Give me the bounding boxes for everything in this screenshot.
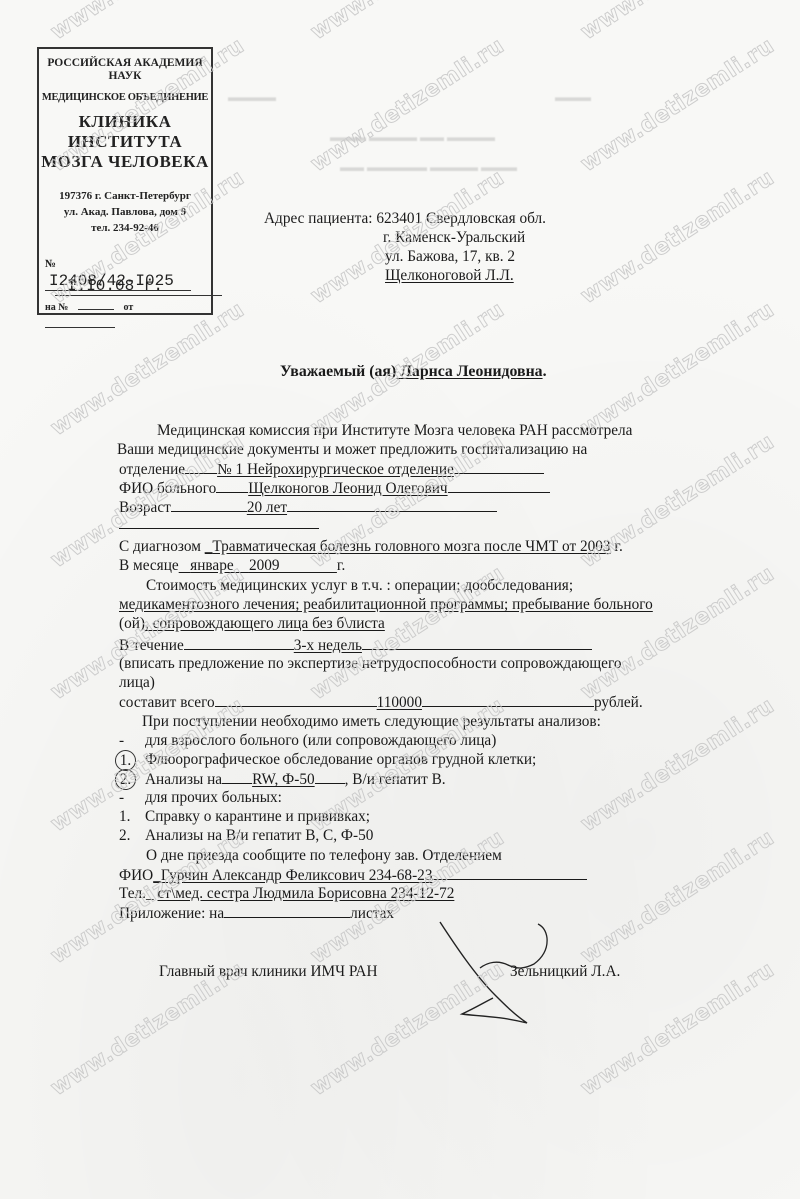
recipient-address: Адрес пациента: 623401 Свердловская обл.: [264, 209, 546, 228]
stamp-line: ИНСТИТУТА: [39, 132, 211, 152]
bleed-through-text: ▬▬▬: [555, 90, 591, 105]
department-value: № 1 Нейрохирургическое отделение: [217, 461, 454, 478]
other-label: для прочих больных:: [145, 788, 282, 807]
tests-value: RW, Ф-50: [252, 771, 315, 788]
diagnosis-value: Травматическая болезнь головного мозга п…: [212, 538, 610, 555]
ref-from-label: от: [124, 302, 134, 313]
bleed-through-text: ▬▬▬ ▬▬▬▬ ▬▬ ▬▬▬▬: [330, 130, 495, 145]
duration-label: В течение: [119, 637, 184, 654]
other-header: - для прочих больных:: [119, 788, 124, 807]
recipient-name: Щелконоговой Л.Л.: [385, 266, 514, 285]
stamp-address: 197376 г. Санкт-Петербург ул. Акад. Павл…: [39, 188, 211, 236]
phone-row: Тел._ ст\мед. сестра Людмила Борисовна 2…: [119, 884, 454, 903]
cost-line-2: медикаментозного лечения; реабилитационн…: [119, 595, 653, 614]
month-value: январе: [190, 557, 233, 574]
note-line-2: лица): [119, 673, 155, 692]
total-value: 110000: [377, 694, 422, 711]
department-label: отделение: [119, 461, 185, 478]
adult-item-2: 2. Анализы наRW, Ф-50, В/и гепатит В.: [119, 769, 136, 790]
department-row: отделение№ 1 Нейрохирургическое отделени…: [119, 459, 544, 479]
item-number: 1.: [119, 808, 130, 825]
intro-line-1: Медицинская комиссия при Институте Мозга…: [157, 421, 632, 440]
stamp-line: 197376 г. Санкт-Петербург: [39, 188, 211, 204]
handwritten-signature: [430, 920, 570, 1030]
diagnosis-label: С диагнозом: [119, 538, 201, 555]
stamp-clinic-name: КЛИНИКА ИНСТИТУТА МОЗГА ЧЕЛОВЕКА: [39, 112, 211, 172]
address-label: Адрес пациента:: [264, 210, 373, 227]
head-label: ФИО: [119, 867, 153, 884]
number-label: №: [45, 258, 56, 270]
address-line: 623401 Свердловская обл.: [376, 210, 546, 227]
other-item-text: Анализы на В/и гепатит В, С, Ф-50: [145, 826, 373, 845]
other-item-2: 2. Анализы на В/и гепатит В, С, Ф-50: [119, 826, 130, 845]
tests-intro: При поступлении необходимо иметь следующ…: [142, 712, 601, 731]
bleed-through-text: ▬▬▬▬: [228, 90, 276, 105]
stamp-line: ул. Акад. Павлова, дом 9: [39, 204, 211, 220]
duration-value: 3-х недель: [294, 637, 362, 654]
attachment-label: Приложение: на: [119, 905, 224, 922]
stamp-line: тел. 234-92-46: [39, 220, 211, 236]
circled-number: 1.: [115, 750, 136, 771]
adult-item-1: 1. Флюорографическое обследование органо…: [119, 750, 136, 771]
stamp-academy: РОССИЙСКАЯ АКАДЕМИЯ НАУК: [39, 57, 211, 83]
total-row: составит всего110000рублей.: [119, 692, 643, 712]
stamp-line: НАУК: [39, 70, 211, 83]
patient-label: ФИО больного: [119, 480, 216, 497]
cost-prefix: (ой): [119, 615, 145, 632]
attachment-row: Приложение: налистах: [119, 903, 394, 923]
other-item-text: Справку о карантине и прививках;: [145, 807, 370, 826]
month-row: В месяце январе 2009 г.: [119, 556, 345, 575]
diagnosis-suffix: г.: [614, 538, 622, 555]
bleed-through-text: ▬▬ ▬▬▬▬▬ ▬▬▬▬ ▬▬▬: [340, 160, 517, 175]
tests-label: Анализы на: [145, 771, 222, 788]
cost-line-3: (ой), сопровождающего лица без б\листа: [119, 614, 385, 633]
ref-date-blank: [45, 327, 115, 328]
stamp-date-row: I.I0.08 г.: [45, 277, 205, 296]
circled-number: 2.: [115, 769, 136, 790]
patient-row: ФИО больногоЩелконогов Леонид Олегович: [119, 478, 550, 498]
stamp-line: КЛИНИКА: [39, 112, 211, 132]
separator-line: [119, 514, 319, 534]
head-value: Гурчин Александр Феликсович 234-68-23: [161, 867, 433, 884]
stamp-ref-row: на № от: [45, 297, 205, 333]
cost-line-1: Стоимость медицинских услуг в т.ч. : опе…: [146, 576, 573, 595]
ref-label: на №: [45, 302, 68, 313]
phone-value: ст\мед. сестра Людмила Борисовна 234-12-…: [158, 885, 455, 902]
diagnosis-row: С диагнозом _Травматическая болезнь голо…: [119, 537, 623, 556]
greeting-name: Ларнса Леонидовна: [400, 363, 542, 380]
item-number: 2.: [119, 827, 130, 844]
phone-label: Тел.: [119, 885, 146, 902]
duration-row: В течение3-х недель: [119, 635, 592, 655]
greeting: Уважаемый (ая) Ларнса Леонидовна.: [280, 362, 547, 381]
year-suffix: г.: [337, 557, 345, 574]
adult-item-text: Флюорографическое обследование органов г…: [145, 750, 536, 769]
patient-value: Щелконогов Леонид Олегович: [248, 480, 447, 497]
list-dash: -: [119, 732, 124, 749]
stamp-association: МЕДИЦИНСКОЕ ОБЪЕДИНЕНИЕ: [39, 92, 211, 103]
stamp-line: РОССИЙСКАЯ АКАДЕМИЯ: [39, 57, 211, 70]
arrival-note: О дне приезда сообщите по телефону зав. …: [146, 846, 502, 865]
note-line-1: (вписать предложение по экспертизе нетру…: [119, 654, 622, 673]
list-dash: -: [119, 789, 124, 806]
intro-line-2: Ваши медицинские документы и может предл…: [117, 440, 587, 459]
stamp-line: МОЗГА ЧЕЛОВЕКА: [39, 152, 211, 172]
adult-label: для взрослого больного (или сопровождающ…: [145, 731, 496, 750]
tests-suffix: , В/и гепатит В.: [345, 771, 446, 788]
head-row: ФИО_Гурчин Александр Феликсович 234-68-2…: [119, 865, 587, 885]
attachment-suffix: листах: [350, 905, 394, 922]
ref-blank: [78, 309, 114, 310]
total-label: составит всего: [119, 694, 215, 711]
address-city: г. Каменск-Уральский: [383, 228, 525, 247]
adult-header: - для взрослого больного (или сопровожда…: [119, 731, 124, 750]
year-value: 2009: [249, 557, 280, 574]
other-item-1: 1. Справку о карантине и прививках;: [119, 807, 130, 826]
cost-companion: , сопровождающего лица без б\листа: [145, 615, 385, 632]
outgoing-date: I.I0.08 г.: [55, 277, 222, 296]
clinic-stamp: РОССИЙСКАЯ АКАДЕМИЯ НАУК МЕДИЦИНСКОЕ ОБЪ…: [37, 47, 213, 315]
total-currency: рублей.: [594, 694, 643, 711]
address-street: ул. Бажова, 17, кв. 2: [385, 247, 515, 266]
greeting-prefix: Уважаемый (ая): [280, 363, 396, 380]
month-label: В месяце: [119, 557, 179, 574]
signatory-position: Главный врач клиники ИМЧ РАН: [159, 962, 378, 981]
